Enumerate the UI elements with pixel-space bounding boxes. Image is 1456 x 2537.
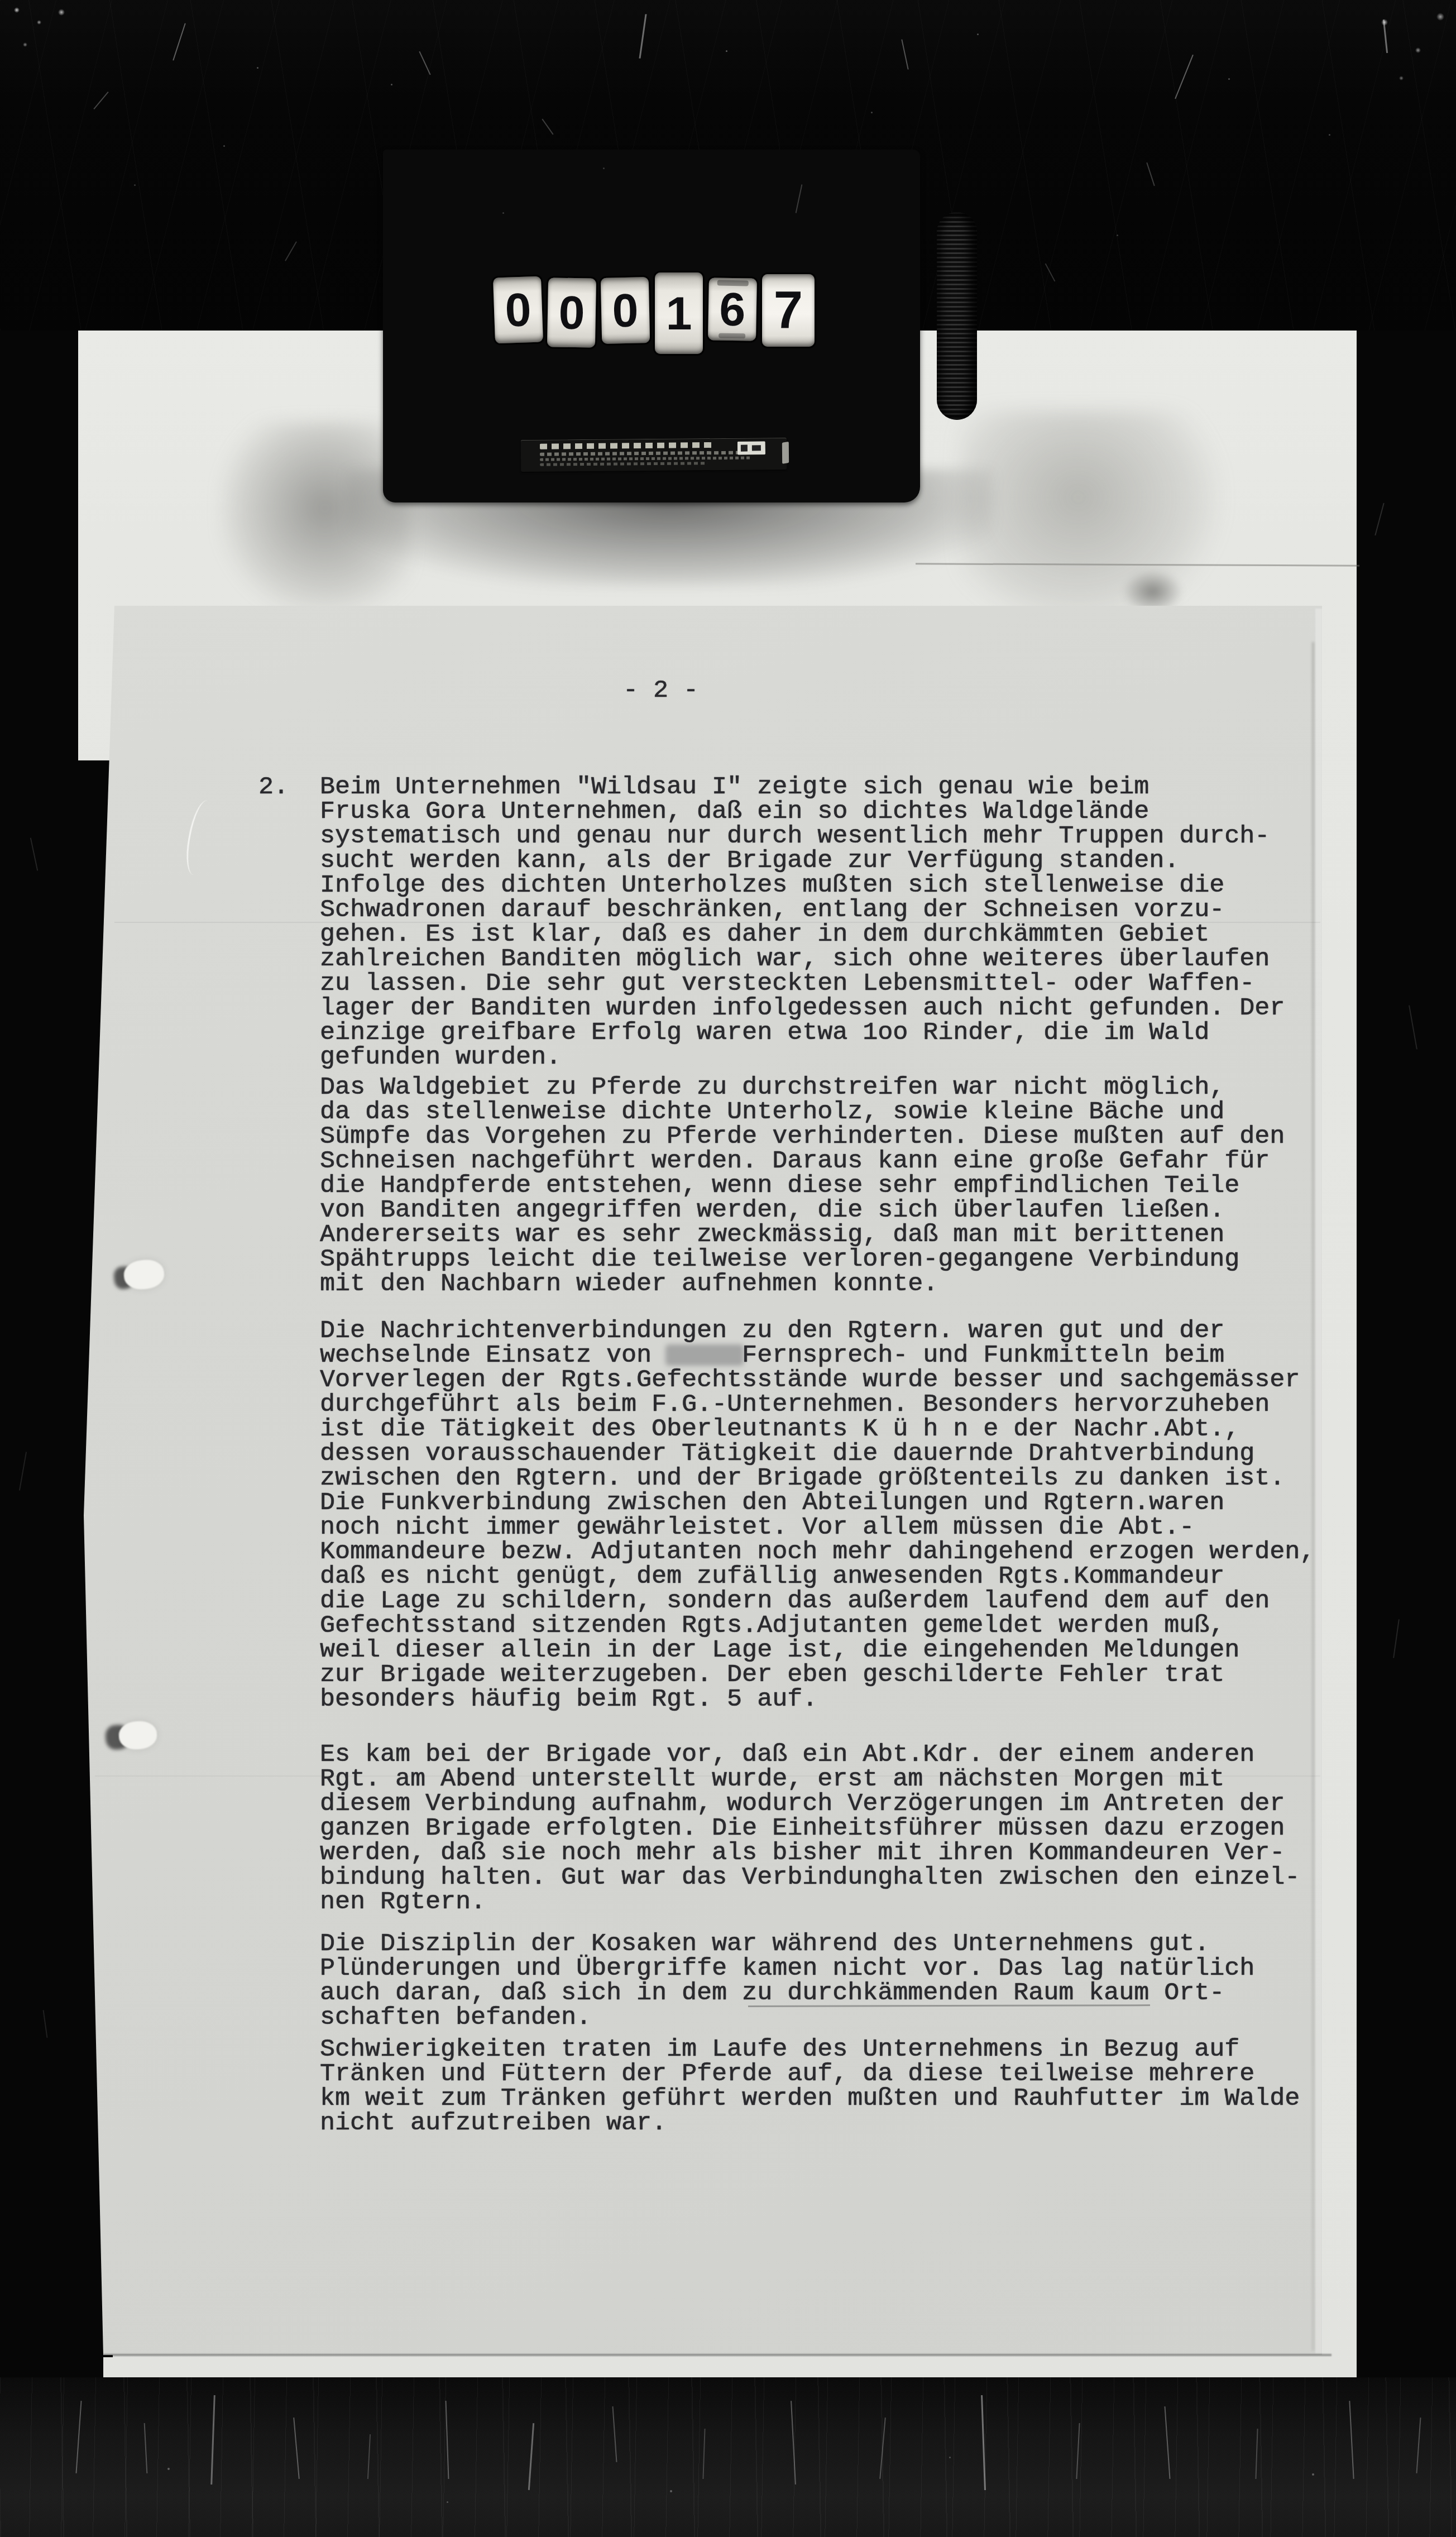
microfilm-frame: { "counter_device": { "value": "000167",…: [0, 0, 1456, 2537]
text-line: dessen vorausschauender Tätigkeit die da…: [320, 1442, 1325, 1466]
film-scratch: [43, 2010, 48, 2038]
text-line: Rgt. am Abend unterstellt wurde, erst am…: [320, 1767, 1325, 1792]
text-line: Beim Unternehmen "Wildsau I" zeigte sich…: [320, 775, 1325, 800]
text-line: zwischen den Rgtern. und der Brigade grö…: [320, 1466, 1325, 1491]
text-line: weil dieser allein in der Lage ist, die …: [320, 1638, 1325, 1663]
text-line: Plünderungen und Übergriffe kamen nicht …: [320, 1956, 1325, 1981]
text-line: noch nicht immer gewährleistet. Vor alle…: [320, 1515, 1325, 1540]
text-line: besonders häufig beim Rgt. 5 auf.: [320, 1687, 1325, 1712]
text-line: Die Funkverbindung zwischen den Abteilun…: [320, 1491, 1325, 1515]
label-endcap: [782, 442, 789, 464]
page-crease-bottom: [103, 2354, 1332, 2356]
text-line: wechselnde Einsatz von Fernsprech- und F…: [320, 1343, 1325, 1368]
film-grain-top-right: [1351, 0, 1456, 95]
film-speck: [134, 184, 136, 186]
text-line: zu lassen. Die sehr gut versteckten Lebe…: [320, 971, 1325, 996]
paragraph: Die Disziplin der Kosaken war während de…: [320, 1932, 1325, 2030]
text-line: Fruska Gora Unternehmen, daß ein so dich…: [320, 800, 1325, 824]
text-line: zur Brigade weiterzugeben. Der eben gesc…: [320, 1663, 1325, 1687]
text-line: die Handpferde entstehen, wenn diese seh…: [320, 1174, 1325, 1198]
text-line: durchgeführt als beim F.G.-Unternehmen. …: [320, 1392, 1325, 1417]
counter-label-plate: [521, 438, 787, 472]
text-line: von Banditen angegriffen werden, die sic…: [320, 1198, 1325, 1223]
text-line: werden, daß sie noch mehr als bisher mit…: [320, 1841, 1325, 1865]
text-line: Es kam bei der Brigade vor, daß ein Abt.…: [320, 1743, 1325, 1767]
text-line: systematisch und genau nur durch wesentl…: [320, 824, 1325, 849]
film-speck: [223, 145, 225, 147]
text-line: ist die Tätigkeit des Oberleutnants K ü …: [320, 1417, 1325, 1442]
text-line: Die Disziplin der Kosaken war während de…: [320, 1932, 1325, 1956]
text-line: Andererseits war es sehr zweckmässig, da…: [320, 1223, 1325, 1247]
text-line: bindung halten. Gut war das Verbindungha…: [320, 1865, 1325, 1890]
film-speck: [726, 50, 727, 52]
film-grain-top-left: [0, 0, 89, 78]
film-speck: [949, 2457, 951, 2458]
text-line: zahlreichen Banditen möglich war, sich o…: [320, 947, 1325, 971]
counter-digit: 0: [547, 277, 596, 347]
page-number: - 2 -: [623, 678, 698, 703]
label-text-row: [540, 451, 761, 456]
text-line: einzige greifbare Erfolg waren etwa 1oo …: [320, 1021, 1325, 1045]
text-line: die Lage zu schildern, sondern das außer…: [320, 1589, 1325, 1614]
film-speck: [603, 167, 605, 169]
film-speck: [670, 2490, 672, 2492]
film-speck: [167, 2468, 170, 2470]
film-speck: [447, 2501, 448, 2503]
film-speck: [257, 67, 258, 69]
text-line: nen Rgtern.: [320, 1890, 1325, 1914]
film-scratch: [19, 1452, 27, 1490]
text-line: Vorverlegen der Rgts.Gefechtsstände wurd…: [320, 1368, 1325, 1392]
counter-digits: 000167: [494, 277, 815, 358]
film-scratch: [1409, 1005, 1417, 1049]
text-line: da das stellenweise dichte Unterholz, so…: [320, 1100, 1325, 1124]
counter-digit: 7: [762, 274, 815, 347]
text-line: schaften befanden.: [320, 2005, 1325, 2030]
counter-digit: 6: [708, 277, 757, 341]
counter-digit: 0: [493, 276, 543, 344]
paragraph: Das Waldgebiet zu Pferde zu durchstreife…: [320, 1075, 1325, 1296]
film-speck: [1117, 234, 1118, 236]
text-line: Infolge des dichten Unterholzes mußten s…: [320, 873, 1325, 898]
text-line: diesem Verbindung aufnahm, wodurch Verzö…: [320, 1792, 1325, 1816]
text-line: Tränken und Füttern der Pferde auf, da d…: [320, 2062, 1325, 2086]
text-line: gehen. Es ist klar, daß es daher in dem …: [320, 922, 1325, 947]
counter-digit: 0: [601, 277, 650, 344]
film-speck: [1228, 78, 1230, 80]
text-line: lager der Banditen wurden infolgedessen …: [320, 996, 1325, 1021]
label-text-row: [540, 442, 713, 449]
counter-thumbwheel: [937, 212, 977, 420]
text-line: nicht aufzutreiben war.: [320, 2111, 1325, 2136]
counter-digit: 1: [655, 272, 703, 354]
film-speck: [391, 84, 392, 85]
text-line: Spähtrupps leicht die teilweise verloren…: [320, 1247, 1325, 1272]
film-scratch: [1374, 503, 1384, 535]
text-line: Schwierigkeiten traten im Laufe des Unte…: [320, 2037, 1325, 2062]
strikeout-smudge: [665, 1344, 744, 1366]
text-line: Sümpfe das Vorgehen zu Pferde verhindert…: [320, 1124, 1325, 1149]
text-line: daß es nicht genügt, dem zufällig anwese…: [320, 1564, 1325, 1589]
film-scratch: [1393, 1619, 1400, 1658]
typewritten-text: Beim Unternehmen "Wildsau I" zeigte sich…: [320, 775, 1325, 2136]
text-line: Gefechtsstand sitzenden Rgts.Adjutanten …: [320, 1614, 1325, 1638]
paragraph: Es kam bei der Brigade vor, daß ein Abt.…: [320, 1743, 1325, 1914]
text-line: sucht werden kann, als der Brigade zur V…: [320, 849, 1325, 873]
paragraph: Beim Unternehmen "Wildsau I" zeigte sich…: [320, 775, 1325, 1070]
text-line: Kommandeure bezw. Adjutanten noch mehr d…: [320, 1540, 1325, 1564]
film-speck: [977, 33, 979, 35]
text-line: auch daran, daß sich in dem zu durchkämm…: [320, 1981, 1325, 2005]
film-speck: [1329, 134, 1330, 136]
label-text-row: [540, 456, 752, 461]
film-speck: [871, 112, 873, 113]
text-line: Schwadronen darauf beschränken, entlang …: [320, 898, 1325, 922]
label-text-row: [540, 462, 707, 466]
paragraph-item-number: 2.: [258, 775, 289, 800]
film-scratch: [30, 837, 38, 870]
label-logo-mark: [737, 441, 765, 454]
film-bottom-band: [0, 2377, 1456, 2537]
film-speck: [502, 212, 504, 214]
text-line: mit den Nachbarn wieder aufnehmen konnte…: [320, 1272, 1325, 1296]
text-line: km weit zum Tränken geführt werden mußte…: [320, 2086, 1325, 2111]
text-line: Das Waldgebiet zu Pferde zu durchstreife…: [320, 1075, 1325, 1100]
paragraph: Die Nachrichtenverbindungen zu den Rgter…: [320, 1319, 1325, 1712]
text-line: ganzen Brigade erfolgten. Die Einheitsfü…: [320, 1816, 1325, 1841]
text-line: Schneisen nachgeführt werden. Daraus kan…: [320, 1149, 1325, 1174]
text-line: Die Nachrichtenverbindungen zu den Rgter…: [320, 1319, 1325, 1343]
paragraph: Schwierigkeiten traten im Laufe des Unte…: [320, 2037, 1325, 2136]
text-line: gefunden wurden.: [320, 1045, 1325, 1070]
film-speck: [1312, 2473, 1314, 2476]
